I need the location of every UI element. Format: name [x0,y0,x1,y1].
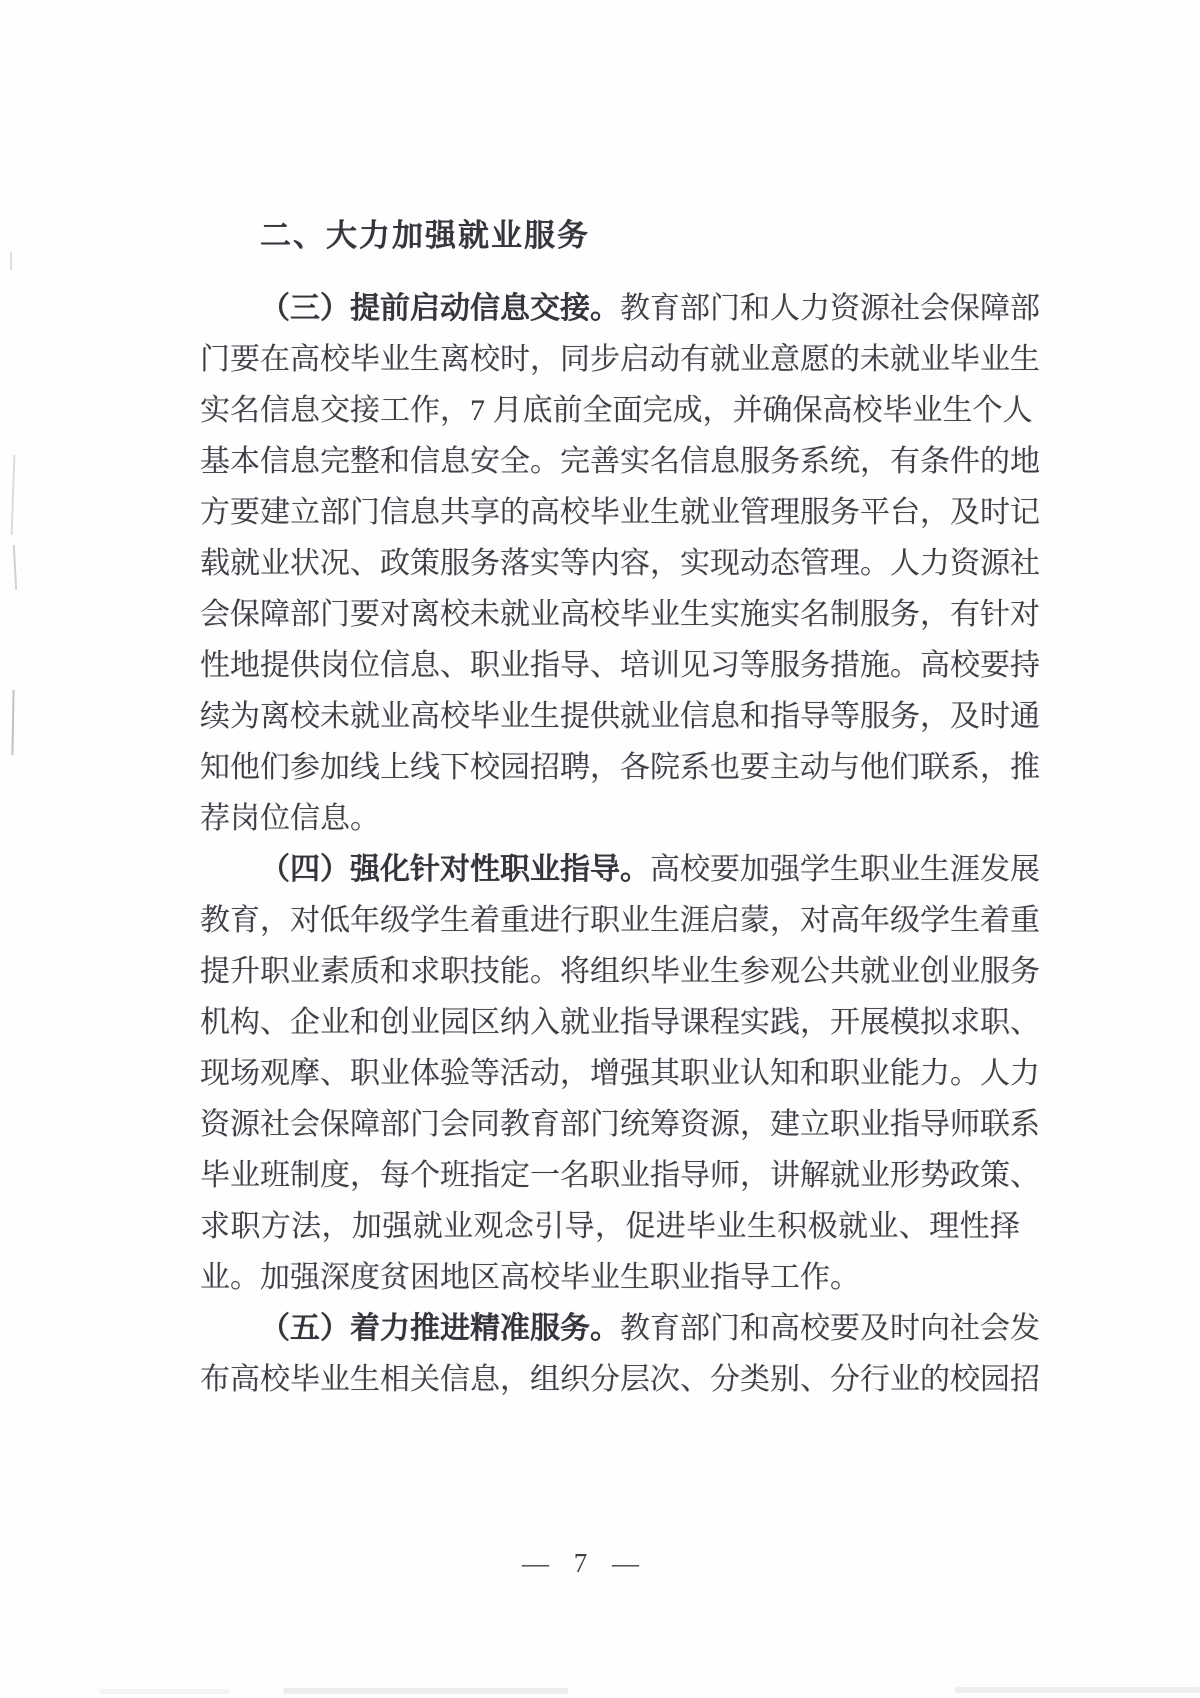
text-line: 业。加强深度贫困地区高校毕业生职业指导工作。 [200,1252,1020,1303]
text-line: 毕业班制度，每个班指定一名职业指导师，讲解就业形势政策、 [200,1150,1020,1201]
paragraph: （五）着力推进精准服务。教育部门和高校要及时向社会发 布高校毕业生相关信息，组织… [200,1303,1020,1405]
text-line: 知他们参加线上线下校园招聘，各院系也要主动与他们联系，推 [200,742,1020,793]
text-line: 教育，对低年级学生着重进行职业生涯启蒙，对高年级学生着重 [200,895,1020,946]
paragraph-text: 教育部门和高校要及时向社会发 [620,1312,1040,1345]
scan-artifact [10,252,12,270]
scan-artifact [283,1688,568,1694]
paragraph-lead: （四）强化针对性职业指导。 [260,853,650,886]
text-line: 荐岗位信息。 [200,793,1020,844]
text-line: 会保障部门要对离校未就业高校毕业生实施实名制服务，有针对 [200,589,1020,640]
document-body: 二、大力加强就业服务 （三）提前启动信息交接。教育部门和人力资源社会保障部 门要… [200,210,1020,1405]
text-line: 资源社会保障部门会同教育部门统筹资源，建立职业指导师联系 [200,1099,1020,1150]
text-line: （五）着力推进精准服务。教育部门和高校要及时向社会发 [200,1303,1020,1354]
text-line: 性地提供岗位信息、职业指导、培训见习等服务措施。高校要持 [200,640,1020,691]
text-line: （三）提前启动信息交接。教育部门和人力资源社会保障部 [200,283,1020,334]
text-line: 门要在高校毕业生离校时，同步启动有就业意愿的未就业毕业生 [200,334,1020,385]
text-line: 方要建立部门信息共享的高校毕业生就业管理服务平台，及时记 [200,487,1020,538]
text-line: 实名信息交接工作，7 月底前全面完成，并确保高校毕业生个人 [200,385,1020,436]
text-line: 求职方法，加强就业观念引导，促进毕业生积极就业、理性择 [200,1201,1020,1252]
paragraph-lead: （三）提前启动信息交接。 [260,292,620,325]
text-line: 基本信息完整和信息安全。完善实名信息服务系统，有条件的地 [200,436,1020,487]
paragraph-text: 高校要加强学生职业生涯发展 [650,853,1040,886]
paragraph: （三）提前启动信息交接。教育部门和人力资源社会保障部 门要在高校毕业生离校时，同… [200,283,1020,844]
text-line: （四）强化针对性职业指导。高校要加强学生职业生涯发展 [200,844,1020,895]
scan-artifact [100,1689,230,1694]
paragraph-lead: （五）着力推进精准服务。 [260,1312,620,1345]
scan-artifact [11,690,14,755]
text-line: 布高校毕业生相关信息，组织分层次、分类别、分行业的校园招 [200,1354,1020,1405]
scan-artifact [13,545,17,590]
document-page: 二、大力加强就业服务 （三）提前启动信息交接。教育部门和人力资源社会保障部 门要… [0,0,1200,1698]
text-line: 续为离校未就业高校毕业生提供就业信息和指导等服务，及时通 [200,691,1020,742]
page-number: — 7 — [0,1548,1170,1579]
text-line: 机构、企业和创业园区纳入就业指导课程实践，开展模拟求职、 [200,997,1020,1048]
section-heading: 二、大力加强就业服务 [200,210,1020,261]
scan-artifact [11,455,16,535]
paragraph-text: 教育部门和人力资源社会保障部 [620,292,1040,325]
text-line: 载就业状况、政策服务落实等内容，实现动态管理。人力资源社 [200,538,1020,589]
text-line: 提升职业素质和求职技能。将组织毕业生参观公共就业创业服务 [200,946,1020,997]
paragraph: （四）强化针对性职业指导。高校要加强学生职业生涯发展 教育，对低年级学生着重进行… [200,844,1020,1303]
scan-artifact [955,1687,1200,1693]
text-line: 现场观摩、职业体验等活动，增强其职业认知和职业能力。人力 [200,1048,1020,1099]
